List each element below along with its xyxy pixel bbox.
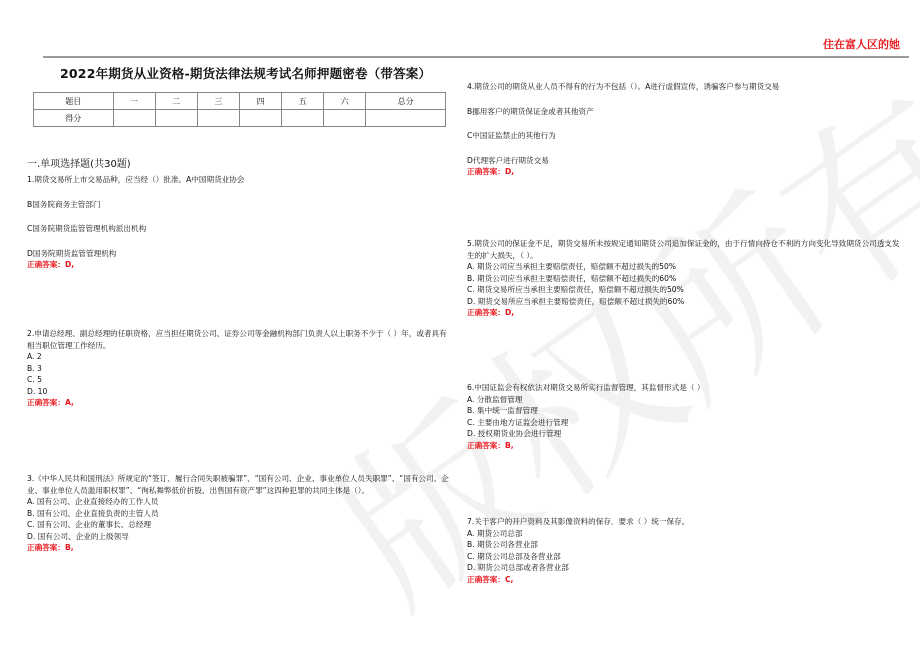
question-5: 5.期货公司的保证金不足，期货交易所未按规定通知期货公司追加保证金的，由于行情向… xyxy=(467,238,907,319)
score-header-cell: 四 xyxy=(239,93,281,110)
question-stem: 5.期货公司的保证金不足，期货交易所未按规定通知期货公司追加保证金的，由于行情向… xyxy=(467,238,907,261)
question-option: B. 期货公司应当承担主要赔偿责任，赔偿额不超过损失的60% xyxy=(467,273,907,285)
score-table: 题目 一 二 三 四 五 六 总分 得分 xyxy=(33,92,446,127)
score-cell xyxy=(239,110,281,127)
question-option: C. 期货公司总部及各营业部 xyxy=(467,551,907,563)
brand-label: 住在富人区的她 xyxy=(823,36,900,52)
correct-answer: 正确答案：B, xyxy=(467,440,907,452)
score-cell xyxy=(197,110,239,127)
question-option: C. 期货交易所应当承担主要赔偿责任，赔偿额不超过损失的50% xyxy=(467,284,907,296)
question-option: B国务院商务主管部门 xyxy=(27,199,447,211)
question-option: D. 期货公司总部或者各营业部 xyxy=(467,562,907,574)
question-2: 2.申请总经理、副总经理的任职资格，应当担任期货公司、证券公司等金融机构部门负责… xyxy=(27,328,452,409)
question-option: C. 5 xyxy=(27,374,452,386)
question-stem: 7.关于客户的开户资料及其影像资料的保存．要求（ ）统一保存。 xyxy=(467,516,907,528)
correct-answer: 正确答案：D, xyxy=(467,166,907,178)
score-cell xyxy=(113,110,155,127)
question-option: A. 期货公司应当承担主要赔偿责任，赔偿额不超过损失的50% xyxy=(467,261,907,273)
score-table-header-row: 题目 一 二 三 四 五 六 总分 xyxy=(34,93,446,110)
question-1: 1.期货交易所上市交易品种，应当经（）批准。A中国期货业协会 B国务院商务主管部… xyxy=(27,174,447,271)
question-3: 3.《中华人民共和国刑法》所规定的“签订、履行合同失职被骗罪”、“国有公司、企业… xyxy=(27,473,452,554)
score-table-score-row: 得分 xyxy=(34,110,446,127)
score-header-cell: 一 xyxy=(113,93,155,110)
question-stem: 3.《中华人民共和国刑法》所规定的“签订、履行合同失职被骗罪”、“国有公司、企业… xyxy=(27,473,452,496)
score-header-cell: 三 xyxy=(197,93,239,110)
question-option: B. 期货公司各营业部 xyxy=(467,539,907,551)
question-stem: 6.中国证监会有权依法对期货交易所实行监督管理，其监督形式是（ ） xyxy=(467,382,907,394)
question-option: C. 主要由地方证监会进行管理 xyxy=(467,417,907,429)
document-title: 2022年期货从业资格-期货法律法规考试名师押题密卷（带答案） xyxy=(60,64,431,82)
correct-answer: 正确答案：D, xyxy=(467,307,907,319)
question-stem: 1.期货交易所上市交易品种，应当经（）批准。A中国期货业协会 xyxy=(27,174,447,186)
section-title: 一.单项选择题(共30题) xyxy=(27,155,131,170)
header-divider xyxy=(43,56,909,58)
score-header-cell: 六 xyxy=(324,93,366,110)
question-option: A. 分散监督管理 xyxy=(467,394,907,406)
question-option: D. 10 xyxy=(27,386,452,398)
score-cell xyxy=(324,110,366,127)
score-header-cell: 二 xyxy=(155,93,197,110)
score-header-cell: 五 xyxy=(282,93,324,110)
correct-answer: 正确答案：B, xyxy=(27,542,452,554)
question-option: B挪用客户的期货保证金或者其他资产 xyxy=(467,106,907,118)
correct-answer: 正确答案：C, xyxy=(467,574,907,586)
question-option: C国务院期货监管管理机构派出机构 xyxy=(27,223,447,235)
score-cell xyxy=(155,110,197,127)
score-cell xyxy=(366,110,446,127)
question-option: C中国证监禁止的其他行为 xyxy=(467,130,907,142)
question-6: 6.中国证监会有权依法对期货交易所实行监督管理，其监督形式是（ ） A. 分散监… xyxy=(467,382,907,451)
score-row-label: 得分 xyxy=(34,110,114,127)
question-option: B. 3 xyxy=(27,363,452,375)
question-option: D. 国有公司、企业的上级领导 xyxy=(27,531,452,543)
question-option: D国务院期货监管管理机构 xyxy=(27,248,447,260)
score-cell xyxy=(282,110,324,127)
question-stem: 4.期货公司的期货从业人员不得有的行为不包括（）。A进行虚假宣传，诱骗客户参与期… xyxy=(467,81,907,93)
question-option: D代理客户进行期货交易 xyxy=(467,155,907,167)
correct-answer: 正确答案：A, xyxy=(27,397,452,409)
question-option: A. 2 xyxy=(27,351,452,363)
question-option: B. 国有公司、企业直接负责的主管人员 xyxy=(27,508,452,520)
correct-answer: 正确答案：D, xyxy=(27,259,447,271)
question-stem: 2.申请总经理、副总经理的任职资格，应当担任期货公司、证券公司等金融机构部门负责… xyxy=(27,328,452,351)
question-7: 7.关于客户的开户资料及其影像资料的保存．要求（ ）统一保存。 A. 期货公司总… xyxy=(467,516,907,585)
question-option: A. 国有公司、企业直接经办的工作人员 xyxy=(27,496,452,508)
question-option: D. 期货交易所应当承担主要赔偿责任，赔偿额不超过损失的60% xyxy=(467,296,907,308)
question-4: 4.期货公司的期货从业人员不得有的行为不包括（）。A进行虚假宣传，诱骗客户参与期… xyxy=(467,81,907,178)
question-option: A. 期货公司总部 xyxy=(467,528,907,540)
question-option: D. 授权期货业协会进行管理 xyxy=(467,428,907,440)
question-option: C. 国有公司、企业的董事长、总经理 xyxy=(27,519,452,531)
score-header-cell: 题目 xyxy=(34,93,114,110)
score-header-cell: 总分 xyxy=(366,93,446,110)
question-option: B. 集中统一监督管理 xyxy=(467,405,907,417)
